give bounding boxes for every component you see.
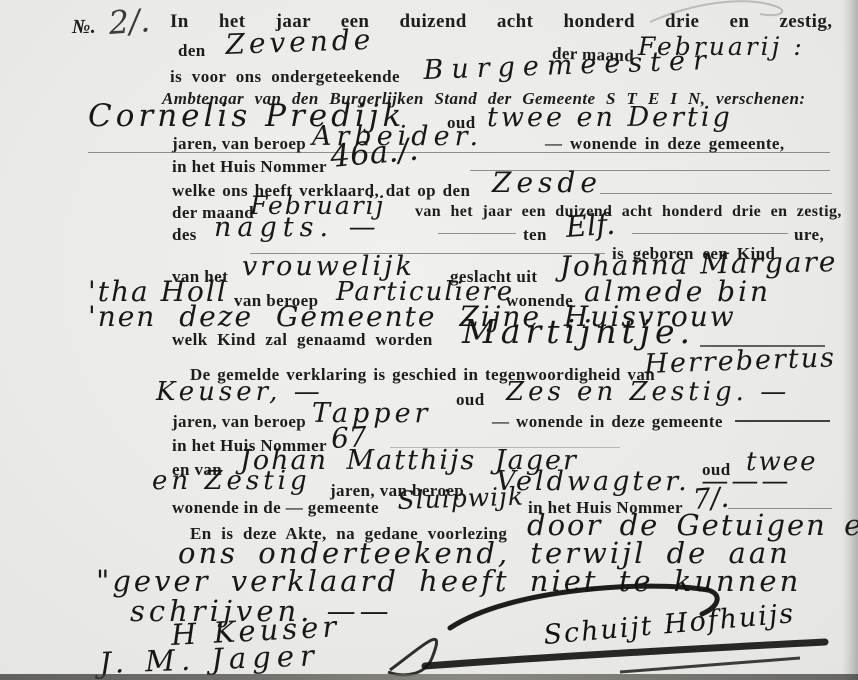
scan-bottom-edge-shadow xyxy=(0,674,858,680)
declarant-wonende-label: — wonende in deze gemeente, xyxy=(545,134,785,154)
form-rule xyxy=(735,420,830,422)
jager-signature-flourish xyxy=(388,639,437,675)
witness2-age2-handwritten: en Zestig xyxy=(152,466,311,496)
birth-des-label: des xyxy=(172,225,197,245)
witness1-name1-handwritten: Herrebertus xyxy=(644,342,837,380)
witness2-beroep-handwritten: Veldwagter. ——— xyxy=(496,466,791,497)
witness2-wonende-label: wonende in de — gemeente xyxy=(172,498,379,518)
witness1-name2-handwritten: Keuser, — xyxy=(156,377,324,407)
declarant-huisnummer-handwritten: 46a./. xyxy=(329,131,420,175)
birth-day-handwritten: Zesde xyxy=(492,166,602,199)
opening-day-handwritten: Zevende xyxy=(225,23,375,61)
birth-daypart-handwritten: nagts. — xyxy=(214,212,382,243)
act-number-value: 2/. xyxy=(107,1,151,42)
form-rule xyxy=(438,233,516,234)
birth-ten-label: ten xyxy=(523,225,547,245)
child-naam-label: welk Kind zal genaamd worden xyxy=(172,330,433,350)
signature-flourishes xyxy=(370,580,850,680)
form-rule xyxy=(88,152,830,153)
declarant-age-handwritten: twee en Dertig xyxy=(487,102,733,133)
opening-den-label: den xyxy=(178,41,206,61)
declarant-huis-label: in het Huis Nommer xyxy=(172,157,327,177)
witness1-wonende-label: — wonende in deze gemeente xyxy=(492,412,723,432)
form-rule xyxy=(600,193,832,194)
official-signature-sweep xyxy=(450,586,717,628)
opening-official-handwritten: Burgemeester xyxy=(423,45,714,86)
birth-ure-label: ure, xyxy=(794,225,824,245)
witness1-age-handwritten: Zes en Zestig. — xyxy=(506,377,790,407)
official-signature-underline-tail xyxy=(620,658,800,672)
form-rule xyxy=(632,233,788,234)
witness2-gemeente-handwritten: Sluipwijk xyxy=(397,482,524,515)
opening-registrar-line: is voor ons ondergeteekende xyxy=(170,67,400,87)
witness1-beroep-label: jaren, van beroep xyxy=(172,412,306,432)
official-signature-underline xyxy=(425,642,825,666)
birth-jaar-line: van het jaar een duizend acht honderd dr… xyxy=(415,203,842,221)
birth-hour-handwritten: Elf. xyxy=(565,207,617,244)
act-number-label: №. xyxy=(72,16,96,39)
scan-right-edge-shadow xyxy=(842,0,858,680)
witness1-oud-label: oud xyxy=(456,390,485,410)
declarant-beroep-label: jaren, van beroep xyxy=(172,134,306,154)
child-name-handwritten: Martijntje. xyxy=(462,312,695,351)
birth-record-scan: №. 2/. In het jaar een duizend acht hond… xyxy=(0,0,858,680)
